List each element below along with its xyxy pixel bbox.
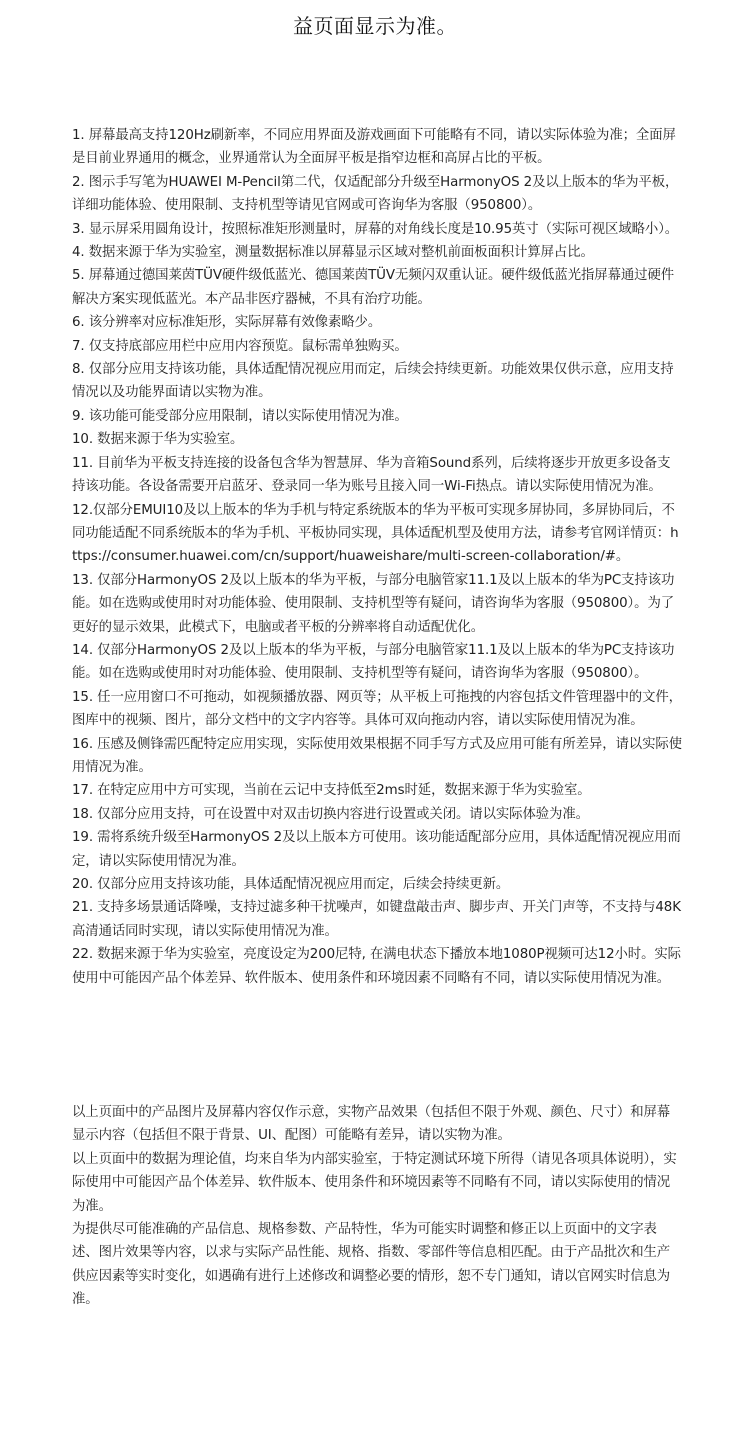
footnote-7: 7. 仅支持底部应用栏中应用内容预览。鼠标需单独购买。 [72, 335, 682, 358]
footnote-22: 22. 数据来源于华为实验室，亮度设定为200尼特, 在满电状态下播放本地108… [72, 943, 682, 990]
footnote-20: 20. 仅部分应用支持该功能，具体适配情况视应用而定，后续会持续更新。 [72, 873, 682, 896]
footnote-16: 16. 压感及侧锋需匹配特定应用实现，实际使用效果根据不同手写方式及应用可能有所… [72, 733, 682, 780]
footnote-14: 14. 仅部分HarmonyOS 2及以上版本的华为平板，与部分电脑管家11.1… [72, 639, 682, 686]
footnote-13: 13. 仅部分HarmonyOS 2及以上版本的华为平板，与部分电脑管家11.1… [72, 569, 682, 639]
footnote-10: 10. 数据来源于华为实验室。 [72, 428, 682, 451]
disclaimer-updates: 为提供尽可能准确的产品信息、规格参数、产品特性，华为可能实时调整和修正以上页面中… [72, 1218, 682, 1312]
disclaimer-data: 以上页面中的数据为理论值，均来自华为内部实验室，于特定测试环境下所得（请见各项具… [72, 1148, 682, 1218]
footnote-18: 18. 仅部分应用支持，可在设置中对双击切换内容进行设置或关闭。请以实际体验为准… [72, 803, 682, 826]
footnote-11: 11. 目前华为平板支持连接的设备包含华为智慧屏、华为音箱Sound系列，后续将… [72, 452, 682, 499]
footnote-3: 3. 显示屏采用圆角设计，按照标准矩形测量时，屏幕的对角线长度是10.95英寸（… [72, 218, 682, 241]
footnote-5: 5. 屏幕通过德国莱茵TÜV硬件级低蓝光、德国莱茵TÜV无频闪双重认证。硬件级低… [72, 264, 682, 311]
footnote-4: 4. 数据来源于华为实验室，测量数据标准以屏幕显示区域对整机前面板面积计算屏占比… [72, 241, 682, 264]
footnote-19: 19. 需将系统升级至HarmonyOS 2及以上版本方可使用。该功能适配部分应… [72, 826, 682, 873]
footnote-21: 21. 支持多场景通话降噪，支持过滤多种干扰噪声，如键盘敲击声、脚步声、开关门声… [72, 896, 682, 943]
page-title-fragment: 益页面显示为准。 [0, 12, 750, 40]
footnote-8: 8. 仅部分应用支持该功能，具体适配情况视应用而定，后续会持续更新。功能效果仅供… [72, 358, 682, 405]
footnote-1: 1. 屏幕最高支持120Hz刷新率，不同应用界面及游戏画面下可能略有不同，请以实… [72, 124, 682, 171]
footnote-6: 6. 该分辨率对应标准矩形，实际屏幕有效像素略少。 [72, 311, 682, 334]
footnote-17: 17. 在特定应用中方可实现，当前在云记中支持低至2ms时延，数据来源于华为实验… [72, 779, 682, 802]
footnote-9: 9. 该功能可能受部分应用限制，请以实际使用情况为准。 [72, 405, 682, 428]
footnote-12: 12.仅部分EMUI10及以上版本的华为手机与特定系统版本的华为平板可实现多屏协… [72, 499, 682, 569]
footnote-15: 15. 任一应用窗口不可拖动，如视频播放器、网页等；从平板上可拖拽的内容包括文件… [72, 686, 682, 733]
footnotes-list: 1. 屏幕最高支持120Hz刷新率，不同应用界面及游戏画面下可能略有不同，请以实… [72, 124, 682, 990]
footnote-2: 2. 图示手写笔为HUAWEI M-Pencil第二代，仅适配部分升级至Harm… [72, 171, 682, 218]
disclaimer-section: 以上页面中的产品图片及屏幕内容仅作示意，实物产品效果（包括但不限于外观、颜色、尺… [72, 1101, 682, 1312]
disclaimer-images: 以上页面中的产品图片及屏幕内容仅作示意，实物产品效果（包括但不限于外观、颜色、尺… [72, 1101, 682, 1148]
